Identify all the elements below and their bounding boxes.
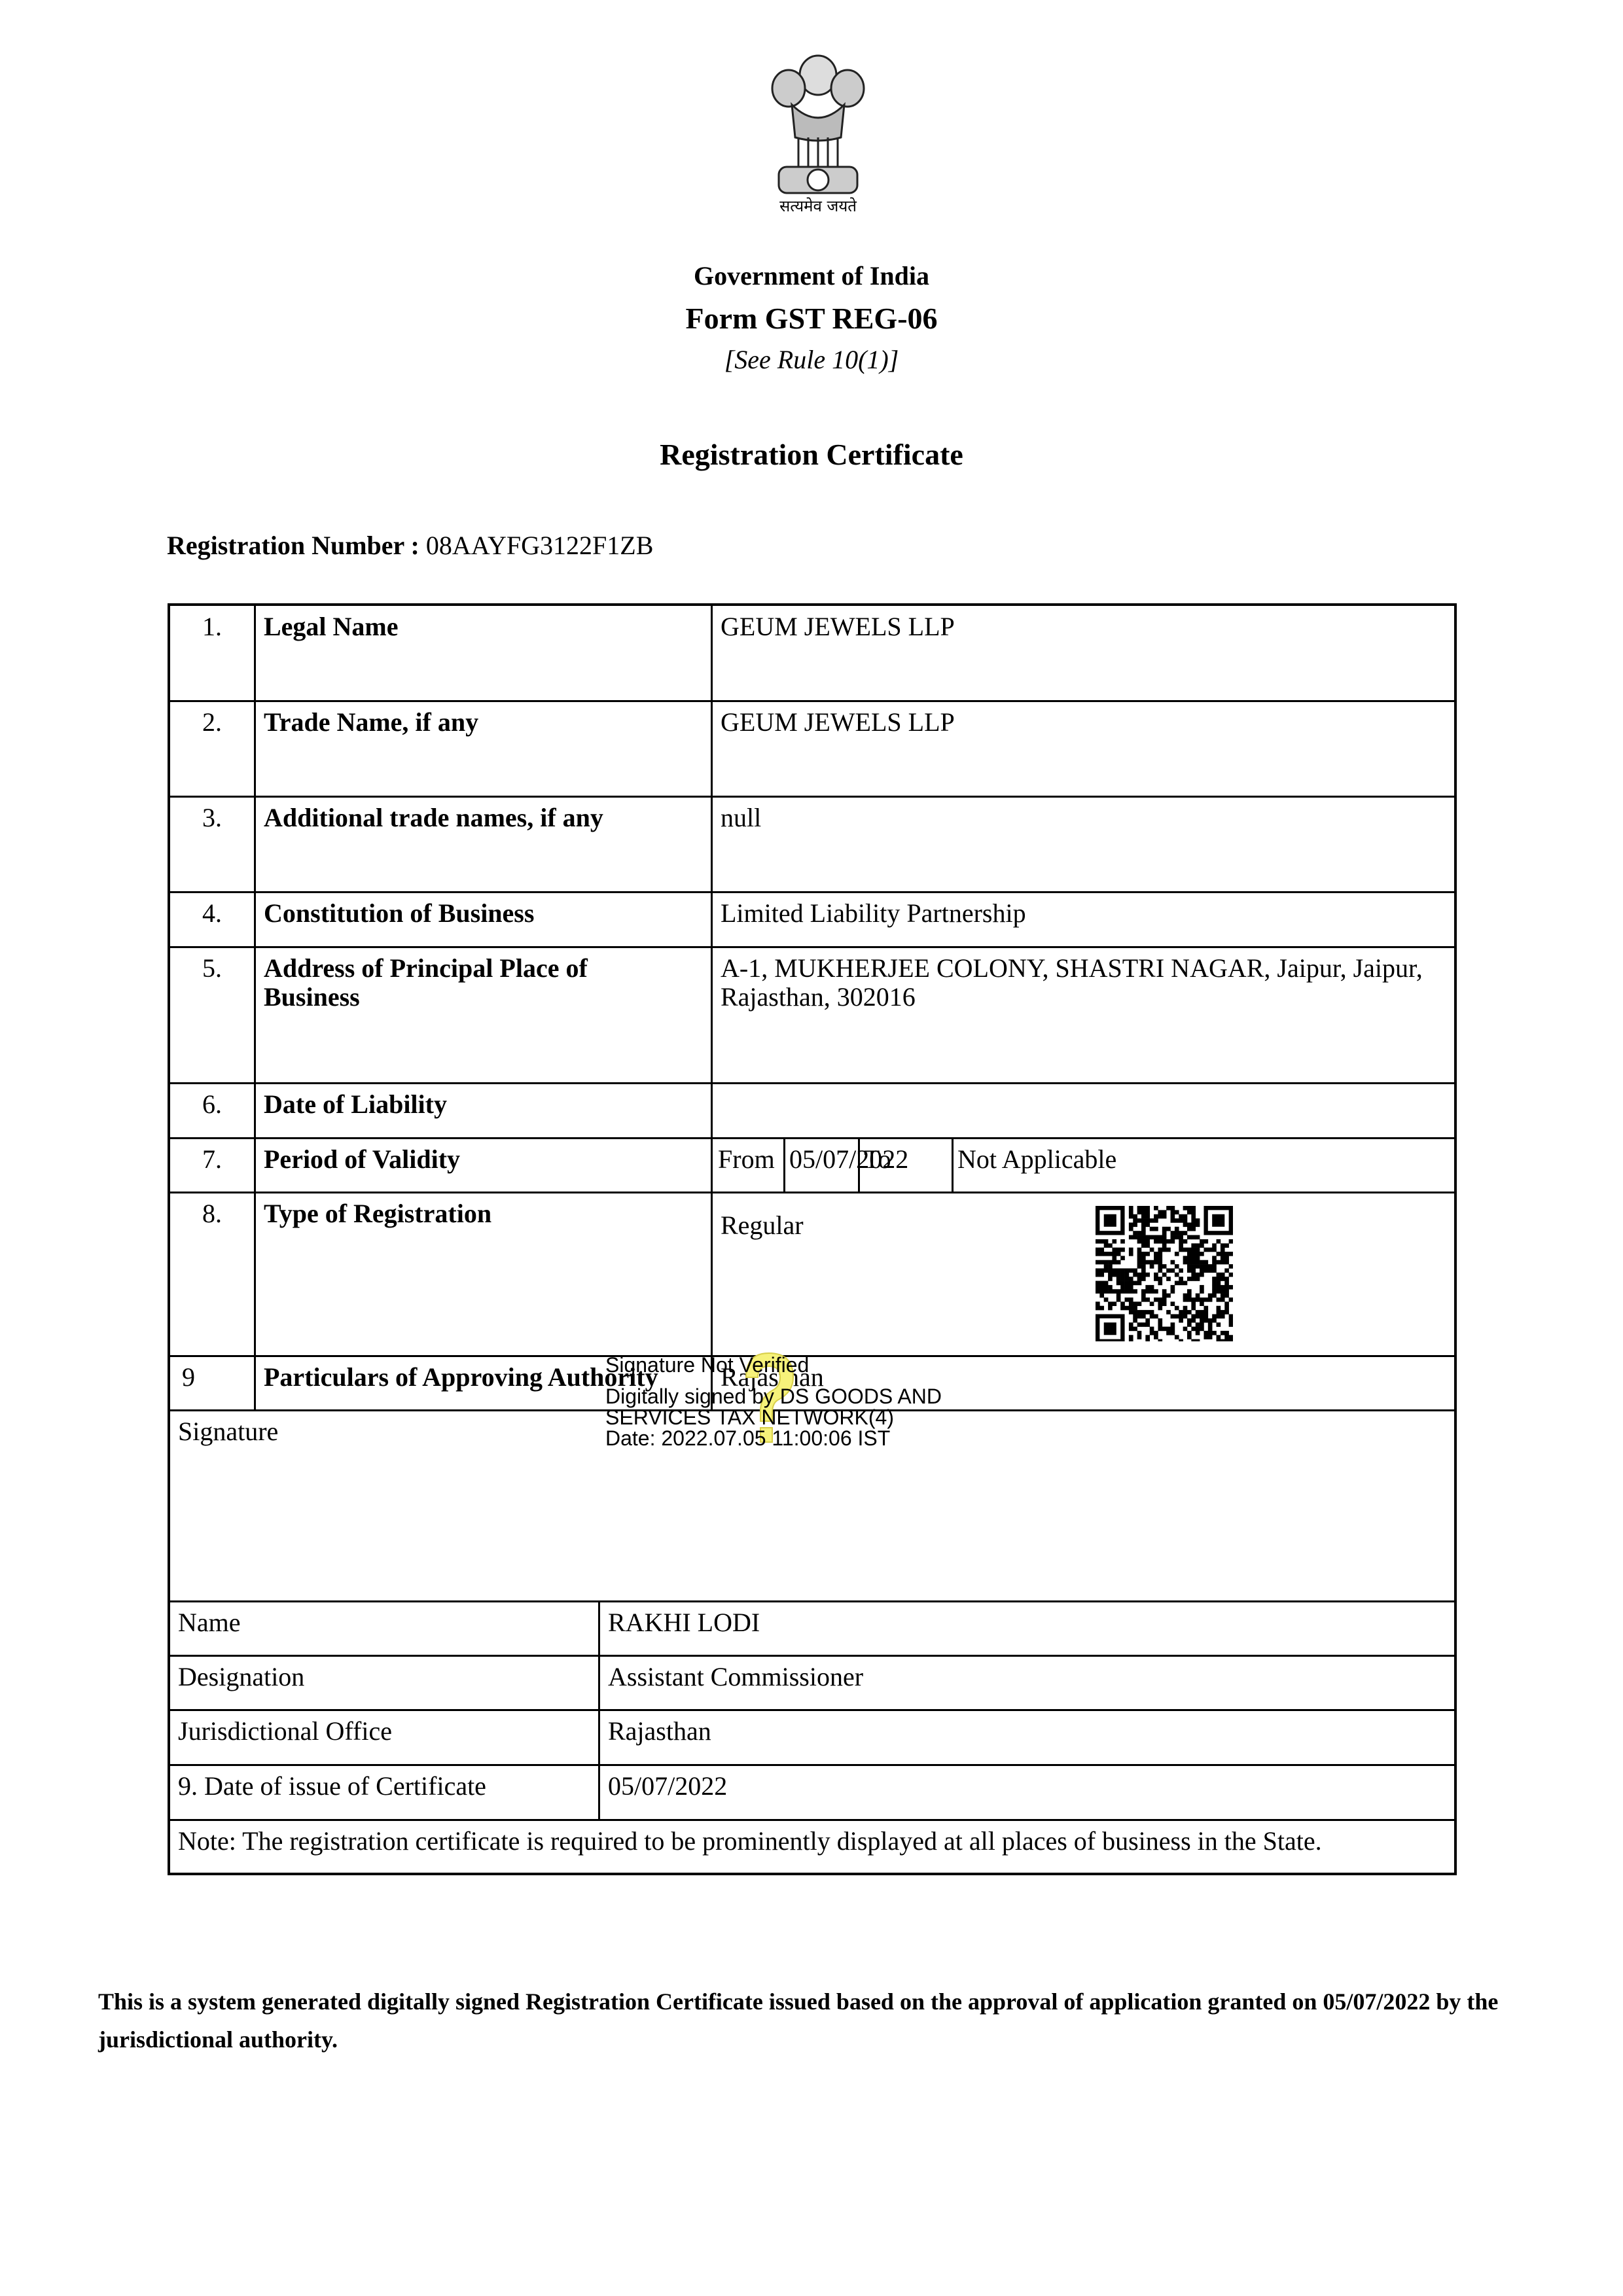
additional-trade-names-value: null xyxy=(713,797,1452,839)
signature-signer: Digitally signed by DS GOODS AND xyxy=(605,1386,942,1407)
type-of-registration-label: Type of Registration xyxy=(256,1193,711,1235)
additional-trade-names-label: Additional trade names, if any xyxy=(256,797,711,839)
row-number: 1. xyxy=(170,606,254,648)
row-number: 8. xyxy=(170,1193,254,1235)
legal-name-label: Legal Name xyxy=(256,606,711,648)
display-note: Note: The registration certificate is re… xyxy=(170,1820,1453,1862)
address-label: Address of Principal Place of Business xyxy=(256,947,662,1018)
signature-status: Signature Not Verified xyxy=(605,1354,942,1375)
officer-name-label: Name xyxy=(170,1602,598,1644)
row-number: 2. xyxy=(170,701,254,743)
signature-date: Date: 2022.07.05 11:00:06 IST xyxy=(605,1428,942,1449)
from-label: From xyxy=(713,1139,783,1180)
row-number: 7. xyxy=(170,1139,254,1180)
row-number: 9 xyxy=(170,1356,254,1398)
constitution-label: Constitution of Business xyxy=(256,892,711,934)
date-of-liability-label: Date of Liability xyxy=(256,1084,711,1125)
designation-label: Designation xyxy=(170,1656,598,1698)
government-heading: Government of India xyxy=(0,260,1623,291)
digital-signature-stamp[interactable]: Signature Not Verified Digitally signed … xyxy=(605,1354,942,1449)
trade-name-value: GEUM JEWELS LLP xyxy=(713,701,1452,743)
legal-name-value: GEUM JEWELS LLP xyxy=(713,606,1452,648)
from-date: 05/07/2022 xyxy=(785,1139,858,1180)
certificate-title: Registration Certificate xyxy=(0,437,1623,472)
to-date: Not Applicable xyxy=(954,1139,1130,1180)
row-number: 4. xyxy=(170,892,254,934)
jurisdictional-office-value: Rajasthan xyxy=(600,1710,1451,1752)
rule-reference: [See Rule 10(1)] xyxy=(0,344,1623,375)
designation-value: Assistant Commissioner xyxy=(600,1656,1451,1698)
row-number: 3. xyxy=(170,797,254,839)
signature-label: Signature xyxy=(170,1411,563,1453)
qr-code-icon xyxy=(1096,1206,1233,1341)
form-title: Form GST REG-06 xyxy=(0,301,1623,336)
signature-signer-cont: SERVICES TAX NETWORK(4) xyxy=(605,1407,942,1428)
period-of-validity-label: Period of Validity xyxy=(256,1139,711,1180)
row-number: 6. xyxy=(170,1084,254,1125)
type-of-registration-value: Regular xyxy=(713,1205,974,1246)
date-of-issue-value: 05/07/2022 xyxy=(600,1765,1451,1807)
national-emblem-icon: सत्यमेव जयते xyxy=(753,46,883,216)
date-of-liability-value xyxy=(713,1084,1452,1097)
officer-name-value: RAKHI LODI xyxy=(600,1602,1451,1644)
details-table: 1. Legal Name GEUM JEWELS LLP 2. Trade N… xyxy=(168,603,1457,1875)
constitution-value: Limited Liability Partnership xyxy=(713,892,1452,934)
to-label: To xyxy=(860,1139,952,1180)
trade-name-label: Trade Name, if any xyxy=(256,701,711,743)
registration-number: Registration Number : 08AAYFG3122F1ZB xyxy=(167,530,653,561)
registration-number-value: 08AAYFG3122F1ZB xyxy=(426,531,653,560)
jurisdictional-office-label: Jurisdictional Office xyxy=(170,1710,598,1752)
row-number: 5. xyxy=(170,947,254,989)
registration-number-label: Registration Number : xyxy=(167,531,419,560)
date-of-issue-label: 9. Date of issue of Certificate xyxy=(170,1765,598,1807)
emblem-motto: सत्यमेव जयते xyxy=(753,195,883,217)
footer-statement: This is a system generated digitally sig… xyxy=(98,1983,1525,2058)
address-value: A-1, MUKHERJEE COLONY, SHASTRI NAGAR, Ja… xyxy=(713,947,1433,1018)
